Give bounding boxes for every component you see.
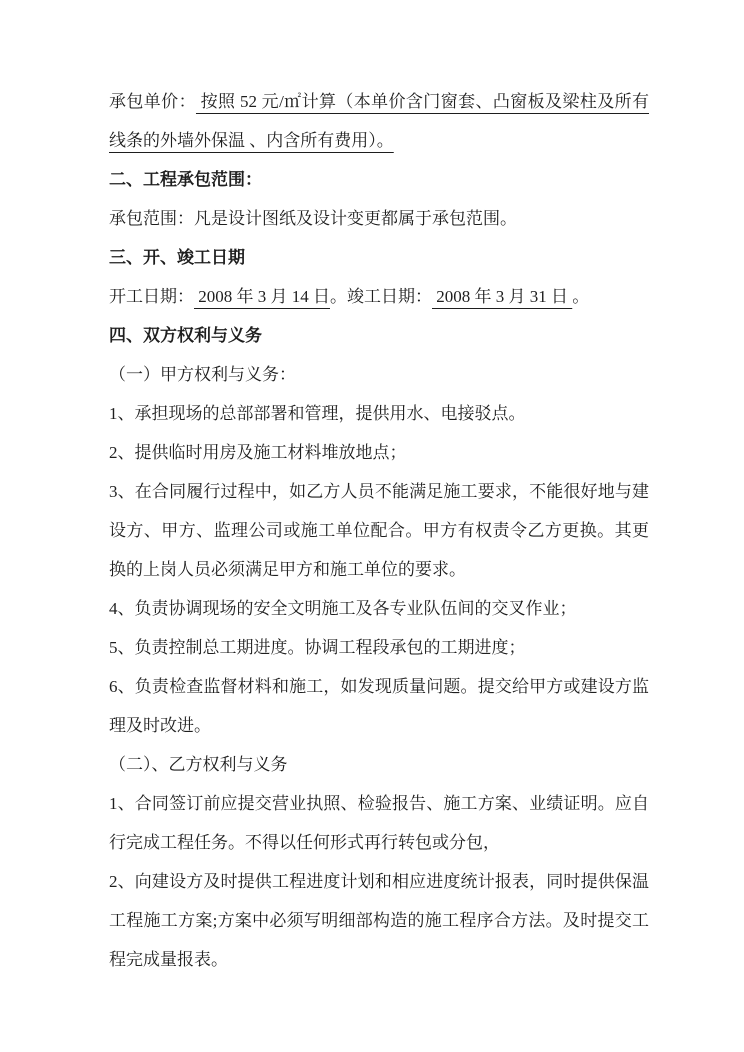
party-a-item-1: 1、承担现场的总部部署和管理，提供用水、电接驳点。 bbox=[109, 394, 649, 433]
clause-unit-price: 承包单价： 按照 52 元/㎡计算（本单价含门窗套、凸窗板及梁柱及所有线条的外墙… bbox=[109, 82, 649, 160]
party-a-item-4: 4、负责协调现场的安全文明施工及各专业队伍间的交叉作业； bbox=[109, 589, 649, 628]
party-b-item-2: 2、向建设方及时提供工程进度计划和相应进度统计报表，同时提供保温工程施工方案;方… bbox=[109, 862, 649, 979]
party-a-heading: （一）甲方权利与义务： bbox=[109, 355, 649, 394]
party-a-item-2: 2、提供临时用房及施工材料堆放地点； bbox=[109, 433, 649, 472]
start-date-label: 开工日期： bbox=[109, 287, 194, 306]
section-heading-scope: 二、工程承包范围： bbox=[109, 160, 649, 199]
party-a-item-5: 5、负责控制总工期进度。协调工程段承包的工期进度； bbox=[109, 628, 649, 667]
section-heading-rights: 四、双方权利与义务 bbox=[109, 316, 649, 355]
section-heading-dates: 三、开、竣工日期 bbox=[109, 238, 649, 277]
party-b-item-1: 1、合同签订前应提交营业执照、检验报告、施工方案、业绩证明。应自行完成工程任务。… bbox=[109, 784, 649, 862]
unit-price-label: 承包单价： bbox=[109, 92, 196, 111]
period-mark: 。 bbox=[572, 287, 589, 306]
clause-scope: 承包范围：凡是设计图纸及设计变更都属于承包范围。 bbox=[109, 199, 649, 238]
start-date-value: 2008 年 3 月 14 日 bbox=[194, 287, 330, 306]
completion-date-value: 2008 年 3 月 31 日 bbox=[432, 287, 572, 306]
party-a-item-6: 6、负责检查监督材料和施工，如发现质量问题。提交给甲方或建设方监理及时改进。 bbox=[109, 667, 649, 745]
contract-text: 承包单价： 按照 52 元/㎡计算（本单价含门窗套、凸窗板及梁柱及所有线条的外墙… bbox=[109, 82, 649, 979]
party-b-heading: （二）、乙方权利与义务 bbox=[109, 745, 649, 784]
clause-dates: 开工日期： 2008 年 3 月 14 日。竣工日期： 2008 年 3 月 3… bbox=[109, 277, 649, 316]
completion-date-label: 。竣工日期： bbox=[330, 287, 432, 306]
document-page: 承包单价： 按照 52 元/㎡计算（本单价含门窗套、凸窗板及梁柱及所有线条的外墙… bbox=[0, 0, 744, 1052]
party-a-item-3: 3、在合同履行过程中，如乙方人员不能满足施工要求，不能很好地与建设方、甲方、监理… bbox=[109, 472, 649, 589]
